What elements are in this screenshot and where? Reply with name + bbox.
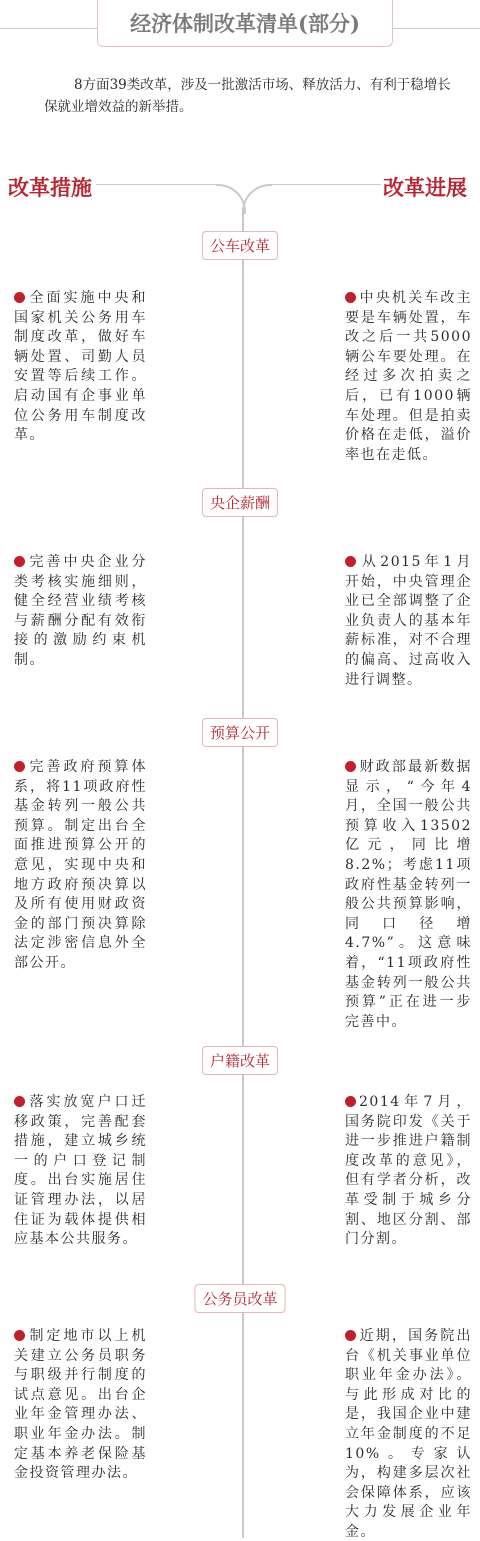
connector-left	[96, 184, 218, 185]
measure-soe-pay: 完善中央企业分类考核实施细则，健全经营业绩考核与薪酬分配有效衔接的激励约束机制。	[14, 553, 147, 671]
measure-budget-disclosure: 完善政府预算体系，将11项政府性基金转列一般公共预算。制定出台全面推进预算公开的…	[14, 758, 147, 974]
heading-measures: 改革措施	[8, 172, 92, 202]
progress-soe-pay: 从2015年1月开始，中央管理企业已全部调整了企业负责人的基本年薪标准，对不合理…	[345, 553, 472, 690]
category-label-soe-pay: 央企薪酬	[202, 488, 278, 517]
title-box: 经济体制改革清单(部分)	[97, 0, 393, 47]
timeline-line	[242, 208, 244, 1538]
page-title: 经济体制改革清单(部分)	[130, 8, 360, 38]
bullet-icon	[14, 292, 25, 303]
connector-curve-right	[242, 184, 272, 214]
progress-civil-servants: 近期，国务院出台《机关事业单位职业年金办法》。与此形成对比的是，我国企业中建立年…	[345, 1327, 472, 1541]
measure-civil-servants: 制定地市以上机关建立公务员职务与职级并行制度的试点意见。出台企业年金管理办法、职…	[14, 1327, 147, 1484]
progress-budget-disclosure: 财政部最新数据显示，“今年4月，全国一般公共预算收入13502亿元，同比增8.2…	[345, 758, 472, 1032]
bullet-icon	[14, 1096, 25, 1107]
title-rule-right	[393, 28, 480, 29]
bullet-icon	[345, 1096, 356, 1107]
category-label-household-registration: 户籍改革	[202, 1046, 278, 1075]
bullet-icon	[345, 292, 356, 303]
bullet-icon	[14, 1330, 25, 1341]
category-label-civil-servants: 公务员改革	[194, 1284, 285, 1313]
connector-right	[268, 184, 381, 185]
progress-official-cars: 中央机关车改主要是车辆处置，车改之后一共5000辆公车要处理。在经过多次拍卖之后…	[345, 289, 472, 465]
bullet-icon	[345, 761, 356, 772]
bullet-icon	[14, 761, 25, 772]
intro-paragraph: 8方面39类改革，涉及一批激活市场、释放活力、有利于稳增长保就业增效益的新举措。	[44, 74, 464, 118]
category-label-official-cars: 公车改革	[202, 231, 278, 260]
bullet-icon	[345, 1330, 356, 1341]
progress-household-registration: 2014年7月，国务院印发《关于进一步推进户籍制度改革的意见》，但有学者分析，改…	[345, 1093, 472, 1250]
heading-progress: 改革进展	[383, 172, 467, 202]
bullet-icon	[345, 556, 356, 567]
measure-official-cars: 全面实施中央和国家机关公务用车制度改革，做好车辆处置、司勤人员安置等后续工作。启…	[14, 289, 147, 446]
category-label-budget-disclosure: 预算公开	[202, 718, 278, 747]
intro-text: 8方面39类改革，涉及一批激活市场、释放活力、有利于稳增长保就业增效益的新举措。	[44, 77, 451, 115]
measure-household-registration: 落实放宽户口迁移政策，完善配套措施，建立城乡统一的户口登记制度。出台实施居住证管…	[14, 1093, 147, 1250]
title-rule-left	[0, 28, 97, 29]
bullet-icon	[14, 556, 25, 567]
